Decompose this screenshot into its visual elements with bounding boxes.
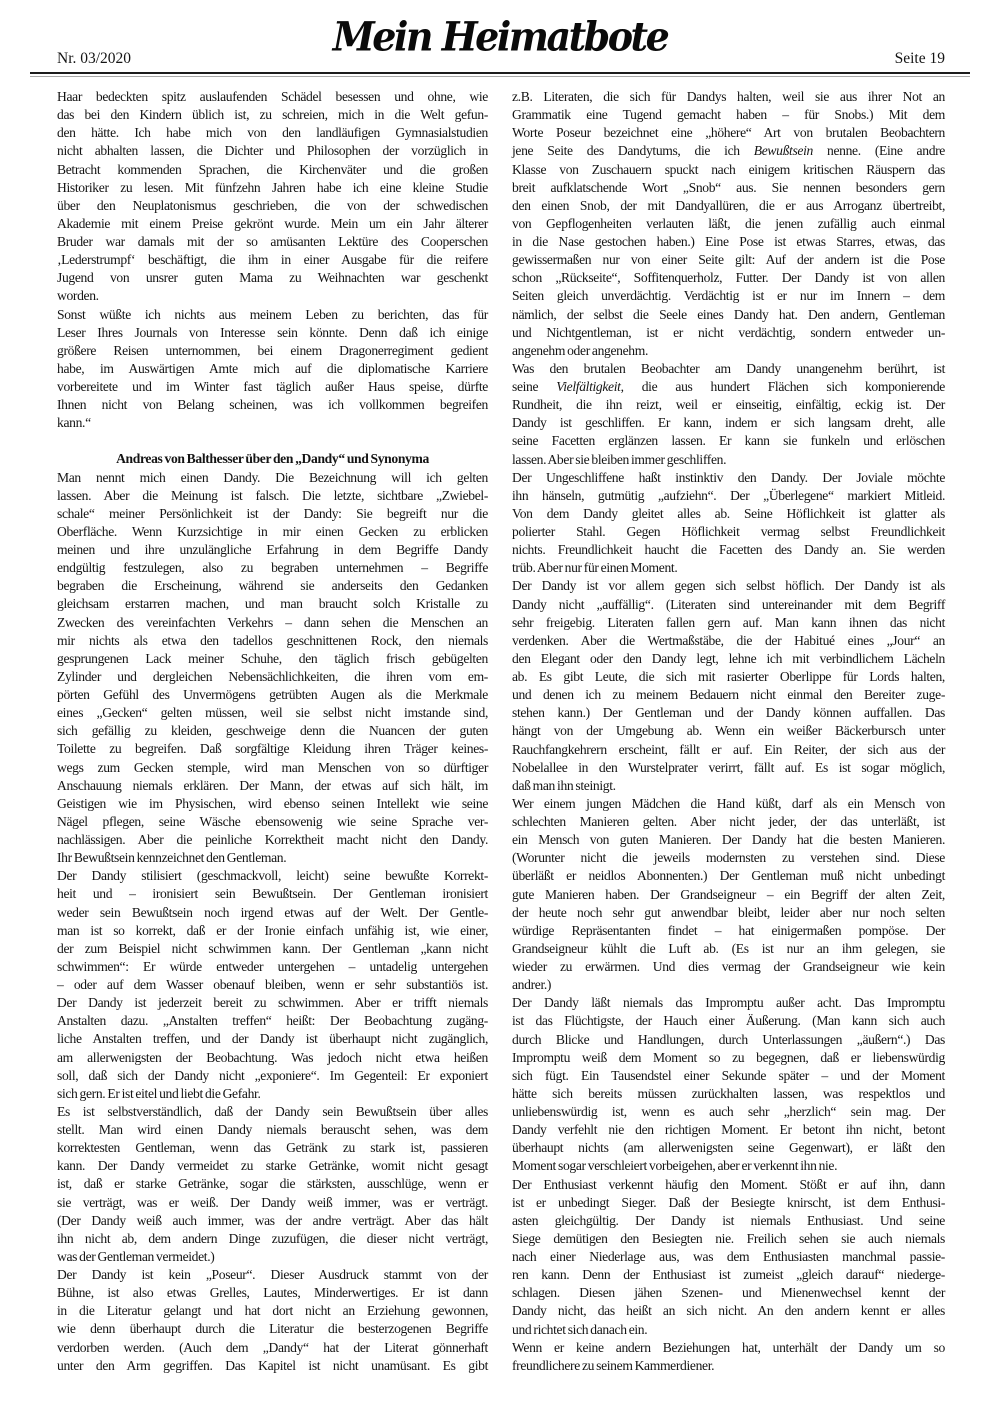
- paragraph: z.B. Literaten, die sich für Dandys halt…: [512, 88, 945, 360]
- text-line: Anstalten dazu. „Anstalten treffen“ heiß…: [57, 1012, 488, 1030]
- text-line: würdige Repräsentanten findet – hat eini…: [512, 922, 945, 940]
- text-line: seine Facetten erglänzen lassen. Er kann…: [512, 432, 945, 450]
- text-line: gesprungenen Lack meiner Schuhe, den täg…: [57, 650, 488, 668]
- text-line: kann.“: [57, 414, 488, 432]
- paragraph: Der Dandy ist vor allem gegen sich selbs…: [512, 577, 945, 795]
- text-line: gute Manieren haben. Der Grandseigneur –…: [512, 886, 945, 904]
- text-line: Betracht kommenden Sprachen, die Kirchen…: [57, 161, 488, 179]
- text-line: Seiten gleich unverdächtig. Verdächtig i…: [512, 287, 945, 305]
- page-number: Seite 19: [895, 50, 945, 68]
- text-line: Man nennt mich einen Dandy. Die Bezeichn…: [57, 469, 488, 487]
- text-line: nämlich, der selbst die Seele eines Dand…: [512, 306, 945, 324]
- right-column: z.B. Literaten, die sich für Dandys halt…: [512, 88, 945, 1375]
- text-line: Historiker zu lesen. Mit fünfzehn Jahren…: [57, 179, 488, 197]
- text-line: unliebenswürdig ist, wenn es auch sehr „…: [512, 1103, 945, 1121]
- text-line: freundlichere zu seinem Kammerdiener.: [512, 1357, 945, 1375]
- paragraph: Wer einem jungen Mädchen die Hand küßt, …: [512, 795, 945, 994]
- text-line: polierter Stahl. Gegen Höflichkeit verma…: [512, 523, 945, 541]
- text-line: seine Vielfältigkeit, die aus hundert Fl…: [512, 378, 945, 396]
- text-line: hängt von der Umgebung ab. Wenn ein weiß…: [512, 722, 945, 740]
- text-line: andrer.): [512, 976, 945, 994]
- text-line: Ihnen nicht von Belang scheinen, was ich…: [57, 396, 488, 414]
- text-line: den einen Snob, der mit Dandyallüren, di…: [512, 197, 945, 215]
- text-line: endgültig festzulegen, also zu begraben …: [57, 559, 488, 577]
- text-line: unter den Arm gegriffen. Das Kapitel ist…: [57, 1357, 488, 1375]
- text-line: ren kann. Denn der Enthusiast ist zumeis…: [512, 1266, 945, 1284]
- text-line: Bruder war damals mit der so amüsanten L…: [57, 233, 488, 251]
- text-line: mir nichts als etwa den tadellos geschni…: [57, 632, 488, 650]
- text-line: lassen. Aber die Meinung ist falsch. Die…: [57, 487, 488, 505]
- text-line: Rundheit, die ihn reizt, weil er einseit…: [512, 396, 945, 414]
- left-column: Haar bedeckten spitz auslaufenden Schäde…: [57, 88, 488, 1375]
- text-line: wegs zum Gecken stemple, wird man Mensch…: [57, 759, 488, 777]
- text-line: nachlässigen. Aber die peinliche Korrekt…: [57, 831, 488, 849]
- text-line: verdorben werden. (Auch dem „Dandy“ hat …: [57, 1339, 488, 1357]
- text-line: überläßt er neidlos Abonnenten.) Der Gen…: [512, 867, 945, 885]
- text-line: Impromptu weiß dem Moment so zu begegnen…: [512, 1049, 945, 1067]
- text-line: Dandy ist geschliffen. Er kann, indem er…: [512, 414, 945, 432]
- text-line: ist, daß er starke Getränke, sogar die s…: [57, 1175, 488, 1193]
- newspaper-page: Nr. 03/2020 Mein Heimatbote Seite 19 Haa…: [0, 0, 1000, 1412]
- text-line: schwimmen“: Er würde entweder untergehen…: [57, 958, 488, 976]
- text-line: Rauchfangkehrern erscheint, fällt er auf…: [512, 741, 945, 759]
- text-line: jene Seite des Dandytums, die ich Bewußt…: [512, 142, 945, 160]
- text-line: ist er unbedingt Sieger. Daß der Besiegt…: [512, 1194, 945, 1212]
- text-line: gewissermaßen nur von einer Seite gilt: …: [512, 251, 945, 269]
- text-line: korrektesten Gentleman, wenn das Getränk…: [57, 1139, 488, 1157]
- text-line: das bei den Kindern üblich ist, zu schre…: [57, 106, 488, 124]
- paragraph: Man nennt mich einen Dandy. Die Bezeichn…: [57, 469, 488, 868]
- paragraph: Der Dandy läßt niemals das Impromptu auß…: [512, 994, 945, 1175]
- text-line: größere Reisen unternommen, bei einem Dr…: [57, 342, 488, 360]
- text-line: nach einer Niederlage aus, was dem Enthu…: [512, 1248, 945, 1266]
- text-line: sie verträgt, was er weiß. Der Dandy wei…: [57, 1194, 488, 1212]
- text-line: Der Dandy läßt niemals das Impromptu auß…: [512, 994, 945, 1012]
- text-line: verdenken. Aber die Wertmaßstäbe, die de…: [512, 632, 945, 650]
- text-line: sich gern. Er ist eitel und liebt die Ge…: [57, 1085, 488, 1103]
- text-line: eines „Gecken“ gelten müssen, weil sie s…: [57, 704, 488, 722]
- text-line: ist das Flüchtigste, der Hauch einer Äuß…: [512, 1012, 945, 1030]
- text-line: nichts. Freundlichkeit haucht die Facett…: [512, 541, 945, 559]
- text-line: über den Neuplatonismus geschrieben, die…: [57, 197, 488, 215]
- text-line: Dandy nicht „auffällig“. (Literaten sind…: [512, 596, 945, 614]
- text-line: Jugend von unsrer guten Mama zu Weihnach…: [57, 269, 488, 287]
- text-line: den hätte. Ich habe mich von den landläu…: [57, 124, 488, 142]
- text-line: wie denn überhaupt durch die Literatur d…: [57, 1320, 488, 1338]
- text-line: ein Mensch von guten Manieren. Der Dandy…: [512, 831, 945, 849]
- text-line: Bühne, ist also etwas Grelles, Lautes, M…: [57, 1284, 488, 1302]
- paragraph: Der Ungeschliffene haßt instinktiv den D…: [512, 469, 945, 578]
- text-line: Der Enthusiast verkennt häufig den Momen…: [512, 1176, 945, 1194]
- text-line: z.B. Literaten, die sich für Dandys halt…: [512, 88, 945, 106]
- paragraph: Wenn er keine andern Beziehungen hat, un…: [512, 1339, 945, 1375]
- text-line: (Der Dandy weiß auch immer, was der andr…: [57, 1212, 488, 1230]
- text-line: breit aufklatschende Wort „Snob“ aus. Si…: [512, 179, 945, 197]
- text-line: Zwecken des vereinfachten Verkehrs – dan…: [57, 614, 488, 632]
- text-line: ihn hänseln, gutmütig „aufziehn“. Der „Ü…: [512, 487, 945, 505]
- text-line: Leser Ihres Journals von Interesse sein …: [57, 324, 488, 342]
- text-line: man ist so korrekt, daß er der Ironie ei…: [57, 922, 488, 940]
- text-line: Wenn er keine andern Beziehungen hat, un…: [512, 1339, 945, 1357]
- text-line: ab. Es gibt Leute, die sich mit rasierte…: [512, 668, 945, 686]
- text-line: Zylinder und dergleichen Nebensächlichke…: [57, 668, 488, 686]
- text-line: Der Dandy ist kein „Poseur“. Dieser Ausd…: [57, 1266, 488, 1284]
- text-line: und Nichtgentleman, ist er nicht verdäch…: [512, 324, 945, 342]
- masthead-title: Mein Heimatbote: [0, 13, 1000, 60]
- text-line: gleichsam erstarren machen, und man brau…: [57, 595, 488, 613]
- text-line: worden.: [57, 287, 488, 305]
- text-line: Der Dandy stilisiert (geschmackvoll, lei…: [57, 867, 488, 885]
- text-line: sich gefällig zu kleiden, geschweige den…: [57, 722, 488, 740]
- text-line: Der Dandy ist vor allem gegen sich selbs…: [512, 577, 945, 595]
- text-line: Nägel pflegen, seine Wäsche ebensowenig …: [57, 813, 488, 831]
- text-line: und richtet sich danach ein.: [512, 1321, 945, 1339]
- text-line: Dandy nicht, das heißt an sich nicht. An…: [512, 1302, 945, 1320]
- text-line: Der Dandy ist jederzeit bereit zu schwim…: [57, 994, 488, 1012]
- text-line: Der Ungeschliffene haßt instinktiv den D…: [512, 469, 945, 487]
- text-line: der zum Beispiel nicht schwimmen kann. D…: [57, 940, 488, 958]
- text-line: von Gepflogenheiten verlauten läßt, die …: [512, 215, 945, 233]
- paragraph: Es ist selbstverständlich, daß der Dandy…: [57, 1103, 488, 1266]
- text-line: Oberfläche. Wenn Kurzsichtige in mir ein…: [57, 523, 488, 541]
- text-line: Es ist selbstverständlich, daß der Dandy…: [57, 1103, 488, 1121]
- text-line: Grammatik eine Tugend gemacht haben – fü…: [512, 106, 945, 124]
- text-line: Von dem Dandy gleitet alles ab. Seine Hö…: [512, 505, 945, 523]
- text-line: Worte Poseur bezeichnet eine „höhere“ Ar…: [512, 124, 945, 142]
- text-line: Wer einem jungen Mädchen die Hand küßt, …: [512, 795, 945, 813]
- text-line: liche Anstalten treffen, und der Dandy i…: [57, 1030, 488, 1048]
- text-line: schlagen. Diesen jähen Szenen- und Miene…: [512, 1284, 945, 1302]
- text-line: begraben die Erscheinung, während sie an…: [57, 577, 488, 595]
- text-line: stehen kann.) Der Gentleman und der Dand…: [512, 704, 945, 722]
- text-line: am allerwenigsten der Beobachtung. Was j…: [57, 1049, 488, 1067]
- text-line: in die Literatur gelangt und hat dort ni…: [57, 1302, 488, 1320]
- text-line: daß man ihn steinigt.: [512, 777, 945, 795]
- text-line: meinen und ihre unzulängliche Erfahrung …: [57, 541, 488, 559]
- text-line: habe, im Auswärtigen Amte mich auf die d…: [57, 360, 488, 378]
- text-line: Siege demütigen den Besiegten nie. Freil…: [512, 1230, 945, 1248]
- text-line: schale“ meiner Persönlichkeit ist der Da…: [57, 505, 488, 523]
- header-rule-heavy: [30, 72, 970, 74]
- text-line: wieder zu erwärmen. Und dies vermag der …: [512, 958, 945, 976]
- text-line: Haar bedeckten spitz auslaufenden Schäde…: [57, 88, 488, 106]
- text-line: was der Gentleman vermeidet.): [57, 1248, 488, 1266]
- text-line: kann. Der Dandy vermeidet zu starke Getr…: [57, 1157, 488, 1175]
- text-line: durch Blicke und Handlungen, durch Unter…: [512, 1031, 945, 1049]
- text-line: hätte sich bereits müssen zurückhalten l…: [512, 1085, 945, 1103]
- paragraph: Was den brutalen Beobachter am Dandy una…: [512, 360, 945, 469]
- text-line: Akademie mit einem Preise gekrönt wurde.…: [57, 215, 488, 233]
- article-heading: Andreas von Balthesser über den „Dandy“ …: [57, 450, 488, 468]
- text-line: Geistigen wie im Physischen, wird ebenso…: [57, 795, 488, 813]
- text-line: heit und – ironisiert sein Bewußtsein. D…: [57, 885, 488, 903]
- text-line: stellt. Man wird einen Dandy niemals ber…: [57, 1121, 488, 1139]
- text-line: asten gleichgültig. Der Dandy ist niemal…: [512, 1212, 945, 1230]
- text-line: nicht abhalten lassen, die Dichter und P…: [57, 142, 488, 160]
- text-line: und denen ich zu meinem Bedauern nicht e…: [512, 686, 945, 704]
- paragraph: Haar bedeckten spitz auslaufenden Schäde…: [57, 88, 488, 306]
- italic-text: Vielfältigkeit: [556, 379, 620, 394]
- text-line: Moment sogar verschleiert vorbeigehen, a…: [512, 1157, 945, 1175]
- text-line: den Elegant oder den Dandy legt, lehne i…: [512, 650, 945, 668]
- text-line: trüb. Aber nur für einen Moment.: [512, 559, 945, 577]
- text-line: der heute noch sehr gut anwendbar bleibt…: [512, 904, 945, 922]
- text-line: lassen. Aber sie bleiben immer geschliff…: [512, 451, 945, 469]
- header-rule-light: [30, 76, 970, 77]
- text-line: angenehm oder angenehm.: [512, 342, 945, 360]
- text-line: Nobelallee in den Wurstelprater verirrt,…: [512, 759, 945, 777]
- text-line: sehr freigebig. Literaten fallen gern au…: [512, 614, 945, 632]
- text-line: Sonst wüßte ich nichts aus meinem Leben …: [57, 306, 488, 324]
- text-line: weder sein Bewußtsein noch irgend etwas …: [57, 904, 488, 922]
- text-line: schon „Rückseite“, Soffitenquerholz, Fut…: [512, 269, 945, 287]
- text-line: Dandy verfehlt nie den richtigen Moment.…: [512, 1121, 945, 1139]
- text-line: Grandseigneur kühlt die Luft ab. (Es ist…: [512, 940, 945, 958]
- text-line: schlechten Manieren gelten. Aber nicht j…: [512, 813, 945, 831]
- italic-text: Bewußtsein: [754, 143, 813, 158]
- text-line: – oder auf dem Wasser obenauf bleiben, w…: [57, 976, 488, 994]
- paragraph: Der Dandy stilisiert (geschmackvoll, lei…: [57, 867, 488, 1103]
- text-line: pörten Gefühl des Unvermögens getrübten …: [57, 686, 488, 704]
- text-line: Anschauung niemals erklären. Der Mann, d…: [57, 777, 488, 795]
- paragraph: Sonst wüßte ich nichts aus meinem Leben …: [57, 306, 488, 433]
- text-line: überhaupt nichts (am allerwenigsten sein…: [512, 1139, 945, 1157]
- text-line: in die Nase gestochen haben.) Eine Pose …: [512, 233, 945, 251]
- text-line: (Worunter nicht die jeweils modernsten z…: [512, 849, 945, 867]
- text-line: sich fügt. Ein Tausendstel einer Sekunde…: [512, 1067, 945, 1085]
- paragraph: Der Dandy ist kein „Poseur“. Dieser Ausd…: [57, 1266, 488, 1375]
- text-line: Klasse von Zuschauern spuckt nach einige…: [512, 161, 945, 179]
- text-line: soll, daß sich der Dandy nicht „exponier…: [57, 1067, 488, 1085]
- paragraph: Der Enthusiast verkennt häufig den Momen…: [512, 1176, 945, 1339]
- text-line: vorbereitete und im Winter fast täglich …: [57, 378, 488, 396]
- text-line: Ihr Bewußtsein kennzeichnet den Gentlema…: [57, 849, 488, 867]
- text-line: ‚Lederstrumpf‘ beschäftigt, die ihm in e…: [57, 251, 488, 269]
- text-line: Toilette zu begreifen. Daß sorgfältige K…: [57, 740, 488, 758]
- text-line: Was den brutalen Beobachter am Dandy una…: [512, 360, 945, 378]
- text-line: ihn nicht ab, dem andern Dinge zuzufügen…: [57, 1230, 488, 1248]
